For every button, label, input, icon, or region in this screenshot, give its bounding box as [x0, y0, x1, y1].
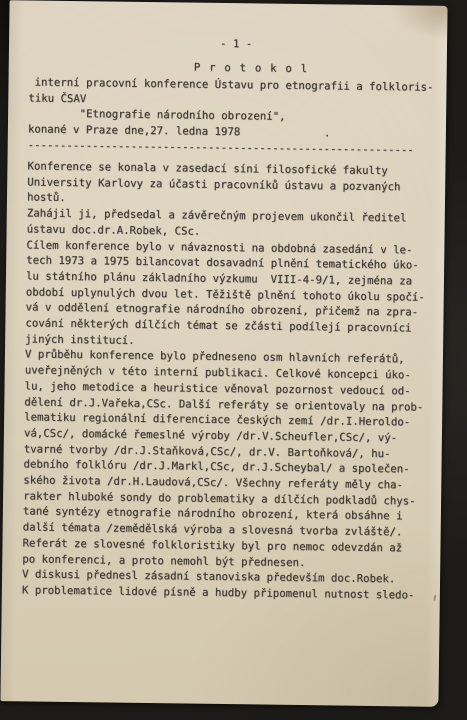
scan-background: - 1 - P r o t o k o l interní pracovní k… — [0, 0, 467, 720]
scan-artifact-mark — [433, 595, 436, 601]
document-header: interní pracovní konference Ústavu pro e… — [28, 74, 433, 158]
page-number: - 1 - — [220, 36, 252, 52]
document-body: Konference se konala v zasedací síni fil… — [22, 158, 438, 603]
document-page: - 1 - P r o t o k o l interní pracovní k… — [0, 0, 447, 707]
document-title: P r o t o k o l — [194, 60, 309, 77]
